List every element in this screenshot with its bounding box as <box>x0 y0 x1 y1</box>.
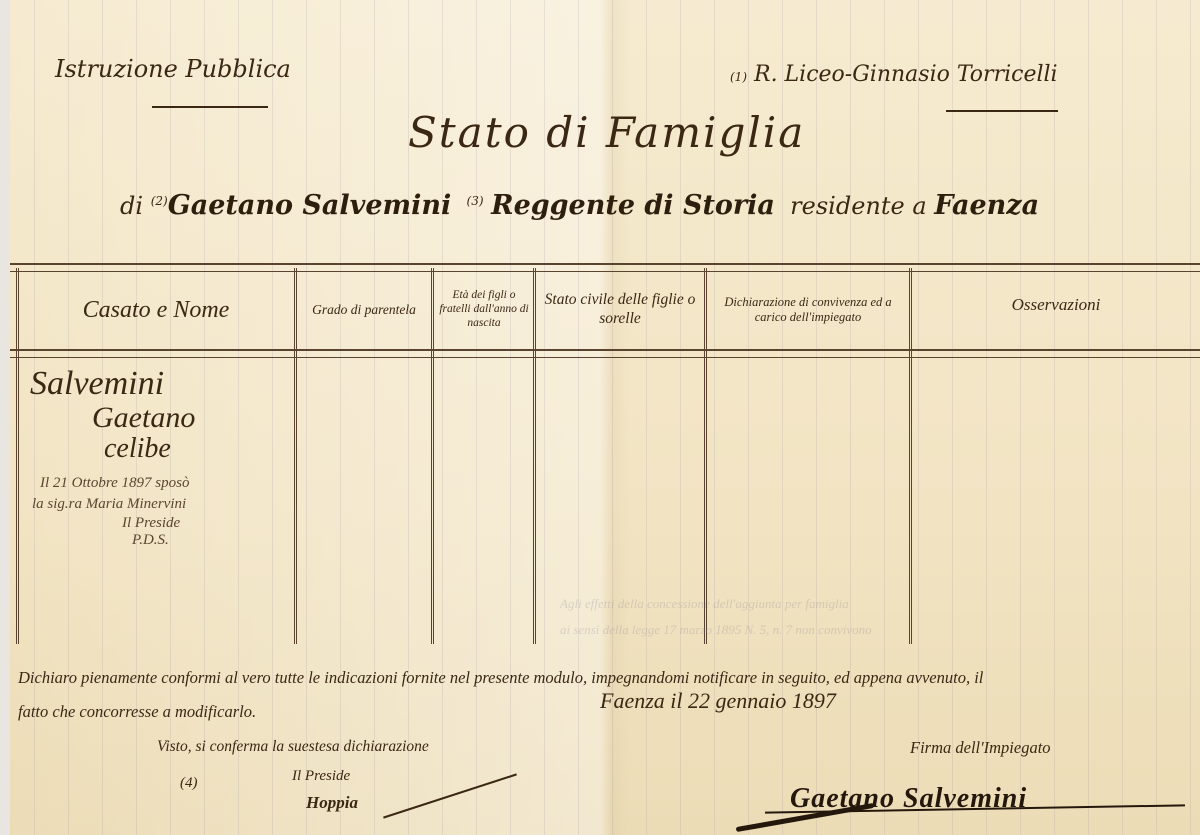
column-header-dichiarazione: Dichiarazione di convivenza ed a carico … <box>709 272 907 348</box>
footnote-marker-1: (1) <box>730 70 747 84</box>
entry-annotation: la sig.ra Maria Minervini <box>32 496 292 513</box>
entry-marital-status: celibe <box>104 433 292 465</box>
school-underline <box>946 110 1058 112</box>
school-name: R. Liceo-Ginnasio Torricelli <box>754 62 1058 87</box>
footnote-marker-2: (2) <box>151 194 168 208</box>
scan-margin <box>0 0 10 835</box>
bleed-through-text: ai sensi della legge 17 marzo 1895 N. 5,… <box>560 622 872 638</box>
table-border-left <box>16 268 19 644</box>
table-row: Salvemini Gaetano celibe Il 21 Ottobre 1… <box>22 365 292 549</box>
table-top-rule <box>10 263 1200 272</box>
residence-city: Faenza <box>934 190 1039 221</box>
visto-confirmation: Visto, si conferma la suestesa dichiaraz… <box>157 738 429 756</box>
column-divider <box>909 268 912 644</box>
signature-label: Firma dell'Impiegato <box>910 738 1051 758</box>
heading-underline <box>152 106 268 108</box>
column-divider <box>431 268 434 644</box>
column-header-casato-nome: Casato e Nome <box>20 272 292 348</box>
page-title: Stato di Famiglia <box>408 108 805 157</box>
bleed-through-text: Agli effetti della concessione dell'aggi… <box>560 596 849 612</box>
footnote-marker-4: (4) <box>180 775 198 792</box>
entry-annotation: Il Preside <box>122 515 292 532</box>
column-divider <box>533 268 536 644</box>
preside-signature: Hoppia <box>306 793 358 813</box>
residence-label: residente a <box>790 192 926 220</box>
entry-annotation: P.D.S. <box>132 532 292 549</box>
subject-prefix: di <box>120 192 143 220</box>
column-header-grado-parentela: Grado di parentela <box>298 272 430 348</box>
employee-role: Reggente di Storia <box>491 190 775 221</box>
declaration-text: Dichiaro pienamente conformi al vero tut… <box>18 668 983 688</box>
preside-label: Il Preside <box>292 768 350 785</box>
column-divider <box>704 268 707 644</box>
place-and-date: Faenza il 22 gennaio 1897 <box>600 688 836 714</box>
column-header-osservazioni: Osservazioni <box>914 272 1198 338</box>
table-header-rule <box>10 349 1200 358</box>
entry-given-name: Gaetano <box>92 401 292 435</box>
footnote-marker-3: (3) <box>467 194 484 208</box>
employee-name: Gaetano Salvemini <box>168 190 452 221</box>
declaration-text-continued: fatto che concorresse a modificarlo. <box>18 702 256 722</box>
ministry-heading: Istruzione Pubblica <box>55 55 291 83</box>
column-header-eta: Età dei figli o fratelli dall'anno di na… <box>436 272 532 348</box>
entry-annotation: Il 21 Ottobre 1897 sposò <box>40 475 292 492</box>
column-divider <box>294 268 297 644</box>
entry-surname: Salvemini <box>30 365 292 403</box>
school-heading: (1) R. Liceo-Ginnasio Torricelli <box>730 62 1058 87</box>
column-header-stato-civile: Stato civile delle figlie o sorelle <box>538 272 702 348</box>
subject-line: di (2)Gaetano Salvemini (3) Reggente di … <box>120 190 1039 221</box>
